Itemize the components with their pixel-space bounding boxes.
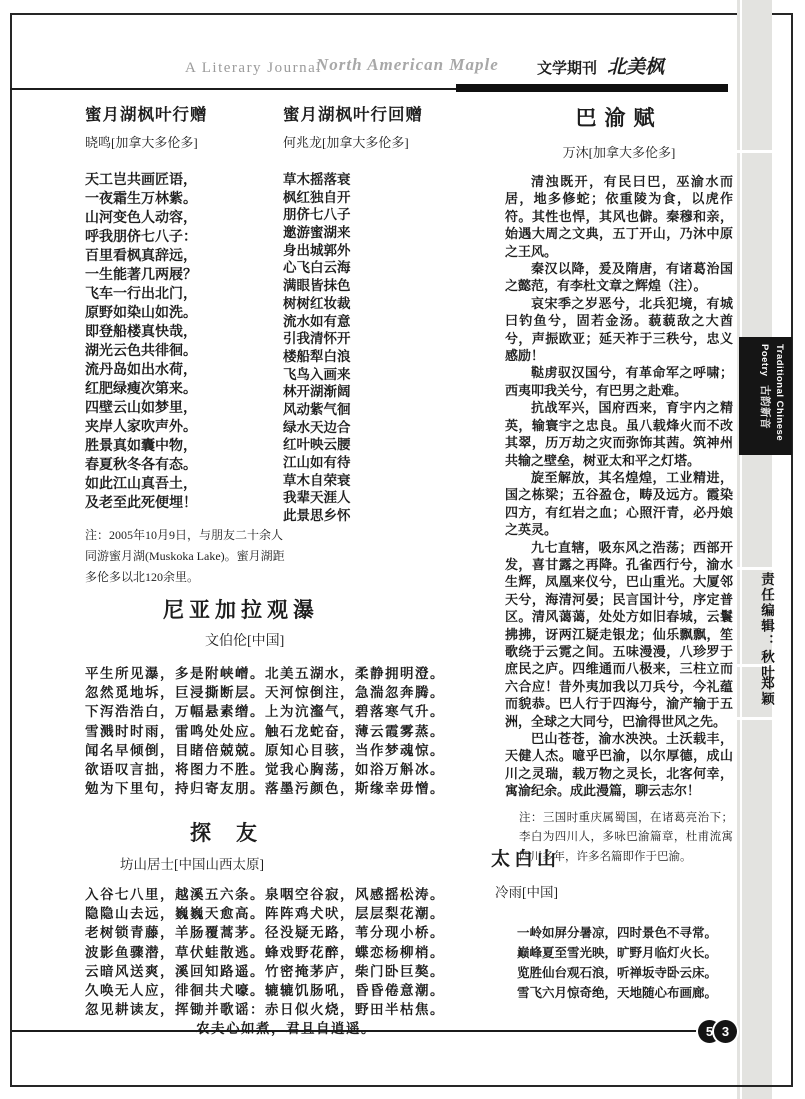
poem-line: 飞鸟入画来 <box>283 366 478 384</box>
poem-line: 入谷七八里，越溪五六条。泉咽空谷寂，风感摇松涛。 <box>85 885 487 904</box>
fu-paragraph: 秦汉以降，爰及隋唐，有诸葛治国之懿范，有李杜文章之辉煌（注）。 <box>505 260 733 295</box>
footer-rule <box>12 1030 700 1032</box>
poem-line: 流水如有意 <box>283 313 478 331</box>
poem-line: 老树锁青藤，羊肠覆蒿茅。径没疑无路，苇分现小桥。 <box>85 923 487 942</box>
page-number-badge: 3 <box>714 1020 737 1043</box>
poem-lines: 天工岂共画匠语，一夜霜生万林紫。山河变色人动容，呼我朋侪七八子：百里看枫真辞远，… <box>85 171 290 513</box>
poem-line: 四壁云山如梦里， <box>85 399 290 418</box>
rail-separator <box>737 150 772 153</box>
fu-paragraph: 哀宋季之岁恶兮，北兵犯境，有城曰钓鱼兮，固若金汤。藐藐敌之大酋兮，声振欧亚；延天… <box>505 295 733 365</box>
poem-title: 蜜月湖枫叶行赠 <box>85 101 290 125</box>
poem-line: 呼我朋侪七八子： <box>85 228 290 247</box>
fu-paragraph: 抗战军兴，国府西来，育宇内之精英，输寰宇之忠良。虽八载烽火而不改其翠，历万劫之灾… <box>505 399 733 469</box>
right-edge-white-line <box>740 0 742 1099</box>
fu-paragraph: 九七直辖，吸东风之浩荡；西部开发，喜甘露之再降。孔雀西行兮，渝水生辉，凤凰来仪兮… <box>505 539 733 730</box>
poem-title: 蜜月湖枫叶行回赠 <box>283 101 478 125</box>
poem-line: 飞车一行出北门， <box>85 285 290 304</box>
fu-paragraph: 巴山苍苍，渝水泱泱。土沃载丰，天健人杰。噫乎巴渝，以尔厚德，成山川之灵瑞，载万物… <box>505 730 733 800</box>
poem-line: 雪飞六月惊奇绝，天地随心布画廊。 <box>517 983 741 1003</box>
poem-line: 楼船犁白浪 <box>283 348 478 366</box>
poem-line: 引我清怀开 <box>283 330 478 348</box>
section-tab: Traditional Chinese Poetry古韵新音 <box>739 337 792 455</box>
poem-line: 一岭如屏分暑凉，四时景色不寻常。 <box>517 923 741 943</box>
poem-line: 满眼皆抹色 <box>283 277 478 295</box>
poem-title: 太白山 <box>491 844 741 871</box>
journal-name-script: North American Maple <box>316 55 499 75</box>
poem-line: 闻名早倾倒，目睹倍兢兢。原知心目骇，当作梦魂惊。 <box>85 741 487 760</box>
section-tab-chinese: 古韵新音 <box>759 385 770 429</box>
fu-paragraph: 鞑虏驭汉国兮，有革命军之呼啸；西夷叩我关兮，有巴男之赴难。 <box>505 364 733 399</box>
poem-honeymoon-lake-reply: 蜜月湖枫叶行回赠 何兆龙[加拿大多伦多] 草木摇落衰枫红独自开朋侪七八子邀游蜜湖… <box>283 101 478 525</box>
poem-line: 忽然觅地坼，巨浸撕断层。天河惊倒注，急湍忽奔腾。 <box>85 683 487 702</box>
poem-lines: 一岭如屏分暑凉，四时景色不寻常。巅峰夏至雪光映，旷野月临灯火长。览胜仙台观石浪，… <box>491 923 741 1003</box>
poem-visiting-friend: 探 友 坊山居士[中国山西太原] 入谷七八里，越溪五六条。泉咽空谷寂，风感摇松涛… <box>85 817 487 1039</box>
poem-mount-taibai: 太白山 冷雨[中国] 一岭如屏分暑凉，四时景色不寻常。巅峰夏至雪光映，旷野月临灯… <box>491 844 741 1003</box>
poem-line: 及老至此死便埋！ <box>85 494 290 513</box>
header-rule-accent <box>456 84 728 92</box>
section-tab-english-line1: Traditional Chinese <box>772 344 787 448</box>
poem-line: 心飞白云海 <box>283 259 478 277</box>
poem-line: 草木自荣衰 <box>283 472 478 490</box>
poem-line: 山河变色人动容， <box>85 209 290 228</box>
poem-title: 探 友 <box>190 817 487 847</box>
poem-line: 波影鱼骤潜，草伏蛙散逃。蜂戏野花醉，蝶恋杨柳梢。 <box>85 943 487 962</box>
poem-closing-line: 农夫心如煮，君且自逍遥。 <box>85 1019 487 1038</box>
poem-line: 红肥绿瘦次第来。 <box>85 380 290 399</box>
poem-lines: 平生所见瀑，多是附峡嶒。北美五湖水，柔静拥明澄。忽然觅地坼，巨浸撕断层。天河惊倒… <box>85 664 487 798</box>
poem-line: 一夜霜生万林紫。 <box>85 190 290 209</box>
poem-line: 草木摇落衰 <box>283 171 478 189</box>
journal-name-chinese: 文学期刊北美枫 <box>537 52 664 79</box>
journal-subtitle-english: A Literary Journal <box>185 60 322 77</box>
rail-separator <box>737 567 772 570</box>
poem-line: 雪溅时时雨，雷鸣处处应。触石龙蛇奋，薄云霞雾蒸。 <box>85 722 487 741</box>
poem-line: 百里看枫真辞远， <box>85 247 290 266</box>
magazine-page: Traditional Chinese Poetry古韵新音 责任编辑：秋叶 郑… <box>0 0 805 1099</box>
poem-line: 巅峰夏至雪光映，旷野月临灯火长。 <box>517 943 741 963</box>
poem-line: 如此江山真吾土， <box>85 475 290 494</box>
poem-line: 绿水天边合 <box>283 419 478 437</box>
poem-title: 尼亚加拉观瀑 <box>163 594 487 624</box>
right-edge-strip <box>737 0 772 1099</box>
journal-title-cn: 北美枫 <box>607 57 664 78</box>
section-tab-line2: Poetry古韵新音 <box>755 344 772 448</box>
poem-line: 久唤无人应，徘徊共犬嚎。辘辘饥肠吼，昏昏倦意潮。 <box>85 981 487 1000</box>
poem-line: 忽见耕读友，挥锄并歌谣：赤日似火烧，野田半枯焦。 <box>85 1000 487 1019</box>
poem-line: 览胜仙台观石浪，听禅坂寺卧云床。 <box>517 963 741 983</box>
journal-label-cn: 文学期刊 <box>537 61 597 77</box>
poem-title: 巴渝赋 <box>505 102 733 132</box>
poem-line: 春夏秋冬各有态。 <box>85 456 290 475</box>
poem-author: 冷雨[中国] <box>495 881 741 901</box>
editor-name: 郑颖 <box>756 676 776 707</box>
poem-line: 朋侪七八子 <box>283 206 478 224</box>
rail-separator <box>737 717 772 720</box>
poem-bayu-fu: 巴渝赋 万沐[加拿大多伦多] 清浊既开，有民曰巴，巫渝水而居，地多修蛇；依重陵为… <box>505 102 733 867</box>
poem-line: 邀游蜜湖来 <box>283 224 478 242</box>
poem-line: 勉为下里句，持归寄友朋。落墨污颜色，斯缘幸毋憎。 <box>85 779 487 798</box>
poem-line: 枫红独自开 <box>283 189 478 207</box>
poem-line: 一生能著几两屐？ <box>85 266 290 285</box>
poem-author: 晓鸣[加拿大多伦多] <box>85 132 290 151</box>
poem-line: 林开湖渐阔 <box>283 383 478 401</box>
poem-line: 我辈天涯人 <box>283 489 478 507</box>
editor-credit: 责任编辑：秋叶 <box>756 572 776 681</box>
poem-honeymoon-lake-gift: 蜜月湖枫叶行赠 晓鸣[加拿大多伦多] 天工岂共画匠语，一夜霜生万林紫。山河变色人… <box>85 101 290 600</box>
poem-line: 此景思乡怀 <box>283 507 478 525</box>
frame-bottom-segment <box>737 1085 793 1087</box>
poem-lines: 草木摇落衰枫红独自开朋侪七八子邀游蜜湖来身出城郭外心飞白云海满眼皆抹色树树红妆裁… <box>283 171 478 525</box>
poem-lines: 入谷七八里，越溪五六条。泉咽空谷寂，风感摇松涛。隐隐山去远，巍巍天愈高。阵阵鸡犬… <box>85 885 487 1019</box>
poem-line: 红叶映云腰 <box>283 436 478 454</box>
poem-line: 湖光云色共徘徊。 <box>85 342 290 361</box>
poem-author: 何兆龙[加拿大多伦多] <box>283 132 478 151</box>
poem-line: 下泻浩浩白，万幅悬素缯。上为沆瀣气，碧落寒气升。 <box>85 702 487 721</box>
poem-line: 原野如染山如洗。 <box>85 304 290 323</box>
fu-paragraphs: 清浊既开，有民曰巴，巫渝水而居，地多修蛇；依重陵为食，以虎作符。其性也悍，其风也… <box>505 173 733 800</box>
poem-line: 隐隐山去远，巍巍天愈高。阵阵鸡犬吠，层层梨花潮。 <box>85 904 487 923</box>
poem-line: 身出城郭外 <box>283 242 478 260</box>
poem-author: 坊山居士[中国山西太原] <box>120 853 487 873</box>
poem-line: 欲语叹言拙，将图力不胜。觉我心胸荡，如浴万斛冰。 <box>85 760 487 779</box>
poem-niagara-falls: 尼亚加拉观瀑 文伯伦[中国] 平生所见瀑，多是附峡嶒。北美五湖水，柔静拥明澄。忽… <box>85 594 487 798</box>
poem-line: 云暗风送爽，溪回知路遥。竹密掩茅庐，柴门卧巨獒。 <box>85 962 487 981</box>
poem-line: 胜景真如囊中物， <box>85 437 290 456</box>
fu-paragraph: 旋至解放，其名煌煌，工业精进，国之栋梁；五谷盈仓，畴及远方。霞染四方，有红岩之血… <box>505 469 733 539</box>
fu-paragraph: 清浊既开，有民曰巴，巫渝水而居，地多修蛇；依重陵为食，以虎作符。其性也悍，其风也… <box>505 173 733 260</box>
poem-line: 天工岂共画匠语， <box>85 171 290 190</box>
poem-line: 风动紫气徊 <box>283 401 478 419</box>
poem-line: 夹岸人家吹声外。 <box>85 418 290 437</box>
section-tab-english-line2: Poetry <box>759 344 770 377</box>
poem-footnote: 注：2005年10月9日，与朋友二十余人同游蜜月湖(Muskoka Lake)。… <box>85 525 290 588</box>
poem-line: 江山如有待 <box>283 454 478 472</box>
poem-line: 即登船楼真快哉， <box>85 323 290 342</box>
poem-line: 平生所见瀑，多是附峡嶒。北美五湖水，柔静拥明澄。 <box>85 664 487 683</box>
poem-line: 树树红妆裁 <box>283 295 478 313</box>
poem-author: 文伯伦[中国] <box>205 630 487 650</box>
poem-author: 万沐[加拿大多伦多] <box>505 142 733 161</box>
poem-line: 流丹岛如出水荷， <box>85 361 290 380</box>
